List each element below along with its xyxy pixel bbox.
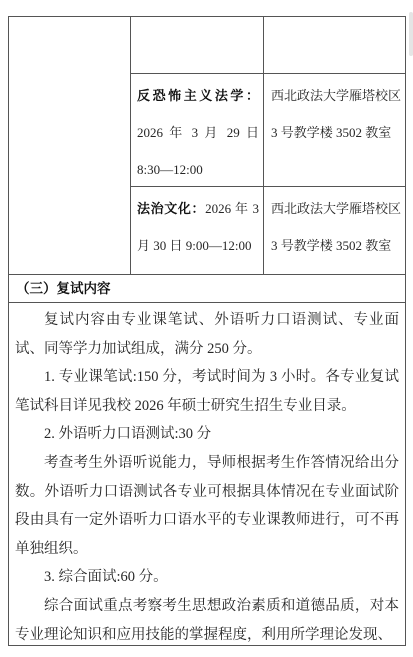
paragraph: 复试内容由专业课笔试、外语听力口语测试、专业面试、同等学力加试组成，满分 250… [15,306,399,363]
paragraph: 2. 外语听力口语测试:30 分 [15,420,399,449]
paragraph: 综合面试重点考察考生思想政治素质和道德品质，对本专业理论知识和应用技能的掌握程度… [15,592,399,645]
exam-time: 2026 年 3 月 29 日 8:30—12:00 [137,125,259,177]
schedule-merged-cell [9,17,131,274]
exam-schedule-table: 反恐怖主义法学：2026 年 3 月 29 日 8:30—12:00 西北政法大… [8,16,406,646]
exam-cell-empty [131,17,264,73]
paragraph: 考查考生外语听说能力，导师根据考生作答情况给出分数。外语听力口语测试各专业可根据… [15,449,399,563]
exam-subject: 反恐怖主义法学： [137,88,259,103]
location-cell-empty [264,17,405,73]
table-row: 反恐怖主义法学：2026 年 3 月 29 日 8:30—12:00 西北政法大… [131,73,405,186]
exam-location: 西北政法大学雁塔校区 3 号教学楼 3502 教室 [271,88,401,140]
section-heading: （三）复试内容 [9,275,405,303]
document-page: 反恐怖主义法学：2026 年 3 月 29 日 8:30—12:00 西北政法大… [0,0,413,657]
scrollbar-thumb[interactable] [409,12,413,56]
exam-cell: 反恐怖主义法学：2026 年 3 月 29 日 8:30—12:00 [131,74,264,186]
schedule-row-empty [131,17,405,73]
exam-location: 西北政法大学雁塔校区 3 号教学楼 3502 教室 [271,201,401,253]
location-cell: 西北政法大学雁塔校区 3 号教学楼 3502 教室 [264,74,405,186]
paragraph: 1. 专业课笔试:150 分，考试时间为 3 小时。各专业复试笔试科目详见我校 … [15,363,399,420]
exam-cell: 法治文化：2026 年 3 月 30 日 9:00—12:00 [131,187,264,274]
location-cell: 西北政法大学雁塔校区 3 号教学楼 3502 教室 [264,187,405,274]
schedule-rows: 反恐怖主义法学：2026 年 3 月 29 日 8:30—12:00 西北政法大… [131,17,405,274]
section-body: 复试内容由专业课笔试、外语听力口语测试、专业面试、同等学力加试组成，满分 250… [9,303,405,645]
paragraph: 3. 综合面试:60 分。 [15,563,399,592]
exam-subject: 法治文化： [137,201,205,216]
schedule-grid: 反恐怖主义法学：2026 年 3 月 29 日 8:30—12:00 西北政法大… [9,17,405,275]
table-row: 法治文化：2026 年 3 月 30 日 9:00—12:00 西北政法大学雁塔… [131,186,405,274]
